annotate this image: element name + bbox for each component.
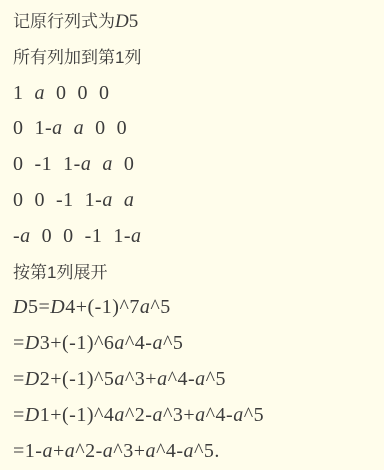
matrix-cell: 0 bbox=[13, 117, 24, 139]
math-solution-document: 记原行列式为D5 所有列加到第1列 1a000 01-aa00 0-11-aa0… bbox=[0, 0, 384, 469]
matrix-row: 1a000 bbox=[13, 76, 374, 112]
matrix-cell: 0 bbox=[42, 225, 53, 247]
matrix-row: -a00-11-a bbox=[13, 219, 374, 255]
equation-line-d3: =D3+(-1)^6a^4-a^5 bbox=[13, 326, 374, 362]
matrix-cell: 1-a bbox=[35, 117, 63, 139]
matrix-cell: 0 bbox=[13, 189, 24, 211]
equation-line-d5: D5=D4+(-1)^7a^5 bbox=[13, 290, 374, 326]
matrix-row: 01-aa00 bbox=[13, 111, 374, 147]
matrix-cell: a bbox=[35, 82, 46, 104]
column-operation-line: 所有列加到第1列 bbox=[13, 40, 374, 76]
matrix-cell: 1 bbox=[13, 82, 24, 104]
matrix-cell: a bbox=[74, 117, 85, 139]
matrix-cell: -1 bbox=[56, 189, 74, 211]
matrix-cell: 0 bbox=[13, 153, 24, 175]
intro-determinant-line: 记原行列式为D5 bbox=[13, 4, 374, 40]
matrix-cell: -a bbox=[13, 225, 31, 247]
matrix-cell: 0 bbox=[63, 225, 74, 247]
matrix-cell: 0 bbox=[99, 82, 110, 104]
matrix-row: 00-11-aa bbox=[13, 183, 374, 219]
matrix-cell: a bbox=[102, 153, 113, 175]
matrix-cell: a bbox=[124, 189, 135, 211]
equation-line-d2: =D2+(-1)^5a^3+a^4-a^5 bbox=[13, 362, 374, 398]
matrix-cell: 0 bbox=[95, 117, 106, 139]
expand-note-line: 按第1列展开 bbox=[13, 255, 374, 291]
equation-line-d1: =D1+(-1)^4a^2-a^3+a^4-a^5 bbox=[13, 398, 374, 434]
matrix-cell: 0 bbox=[124, 153, 135, 175]
matrix-row: 0-11-aa0 bbox=[13, 147, 374, 183]
equation-line-result: =1-a+a^2-a^3+a^4-a^5. bbox=[13, 434, 374, 470]
matrix-cell: 0 bbox=[35, 189, 46, 211]
matrix-cell: -1 bbox=[85, 225, 103, 247]
matrix-cell: 1-a bbox=[85, 189, 113, 211]
matrix-cell: -1 bbox=[35, 153, 53, 175]
matrix-cell: 1-a bbox=[63, 153, 91, 175]
matrix-cell: 0 bbox=[56, 82, 67, 104]
matrix-cell: 0 bbox=[117, 117, 128, 139]
matrix-cell: 0 bbox=[78, 82, 89, 104]
matrix-cell: 1-a bbox=[113, 225, 141, 247]
